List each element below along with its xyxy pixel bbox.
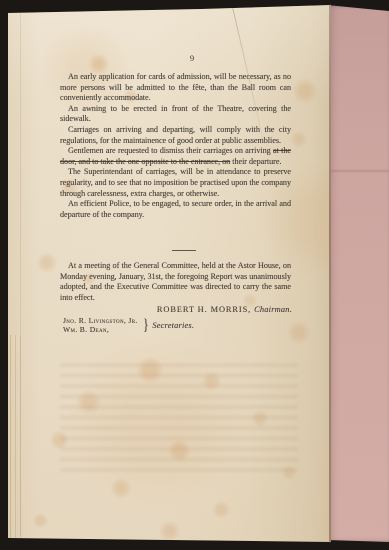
paragraph-police: An efficient Police, to be engaged, to s… <box>60 199 291 220</box>
paragraph-gentlemen: Gentlemen are requested to dismiss their… <box>60 146 291 167</box>
paragraph-gentlemen-post: their departure. <box>230 157 281 166</box>
paragraph-gentlemen-pre: Gentlemen are requested to dismiss their… <box>68 146 273 155</box>
chairman-signature: ROBERT H. MORRIS, Chairman. <box>60 305 292 315</box>
meeting-paragraph-block: At a meeting of the General Committee, h… <box>60 261 291 303</box>
meeting-paragraph: At a meeting of the General Committee, h… <box>60 261 291 303</box>
chairman-title: Chairman. <box>254 305 292 314</box>
brace-glyph: } <box>143 318 149 334</box>
secretary-names: Jno. R. Livingston, Jr. Wm. B. Dean, <box>63 317 138 335</box>
chairman-name: ROBERT H. MORRIS, <box>157 305 254 314</box>
book-scan: 9 An early application for cards of admi… <box>0 0 389 550</box>
secretary-name-2: Wm. B. Dean, <box>63 326 138 335</box>
paragraph-awning: An awning to be erected in front of the … <box>60 104 291 125</box>
secretaries-title: Secretaries. <box>152 321 194 330</box>
paragraph-admission: An early application for cards of admiss… <box>60 72 291 104</box>
page-number: 9 <box>60 54 291 63</box>
secretaries-signature: Jno. R. Livingston, Jr. Wm. B. Dean, } S… <box>63 317 194 335</box>
paragraph-superintendant: The Superintendant of carriages, will be… <box>60 167 291 199</box>
body-text: An early application for cards of admiss… <box>60 72 291 220</box>
section-divider <box>172 250 196 251</box>
printed-content: 9 An early application for cards of admi… <box>0 0 389 550</box>
paragraph-carriages: Carriages on arriving and departing, wil… <box>60 125 291 146</box>
